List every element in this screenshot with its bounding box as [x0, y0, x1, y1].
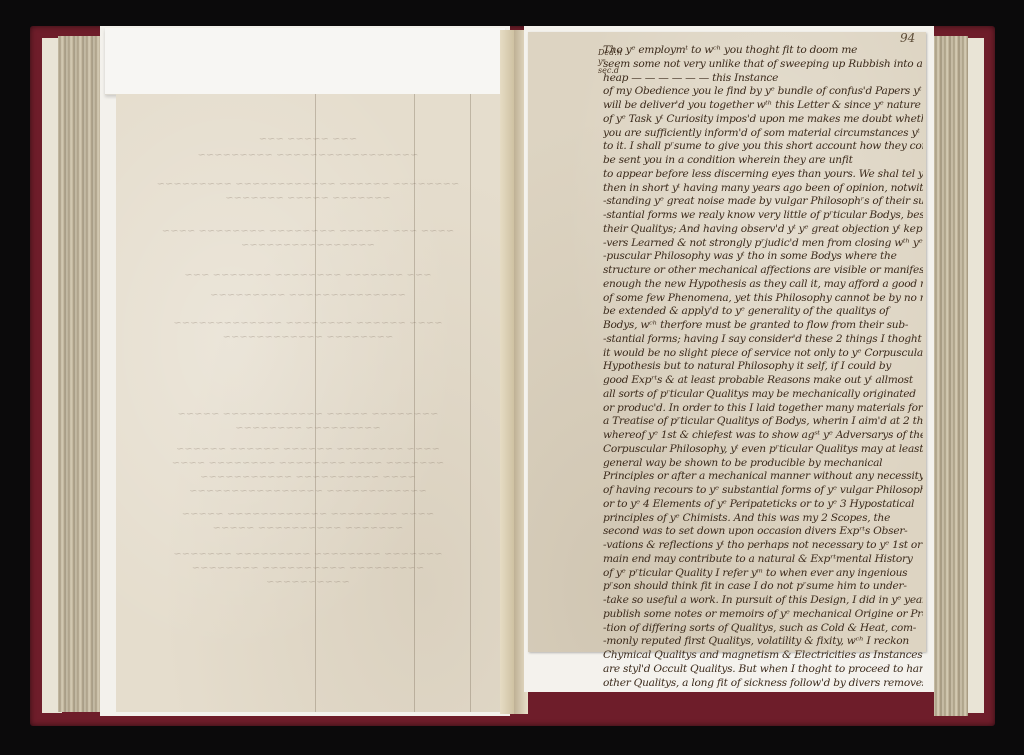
manuscript-line: to it. I shall pʳsume to give you this s…	[603, 140, 923, 154]
left-guard-flap	[105, 28, 505, 95]
manuscript-line: Chymical Qualitys and magnetism & Electr…	[603, 649, 923, 663]
manuscript-line: whereof yᵉ 1st & chiefest was to show ag…	[603, 429, 923, 443]
manuscript-line: second was to set down upon occasion div…	[603, 525, 923, 539]
manuscript-line: -monly reputed first Qualitys, volatilit…	[603, 635, 923, 649]
manuscript-line: main end may contribute to a natural & E…	[603, 553, 923, 567]
manuscript-line: of having recours to yᵉ substantial form…	[603, 484, 923, 498]
show-through-text: ~~~~~~~ ~~~~~~~~ ~~~~~~~~~ ~~~~~~~	[116, 549, 500, 560]
manuscript-line: then in short yᵗ having many years ago b…	[603, 182, 923, 196]
handwritten-text-block: Tho yᵉ employmᵗ to wᶜʰ you thoght fit to…	[603, 44, 923, 690]
manuscript-line: -stantial forms we realy know very littl…	[603, 209, 923, 223]
show-through-text: ~~~~~~~ ~~~~ ~~~~~~~~ ~~~~~~~~ ~~~~	[116, 458, 500, 469]
show-through-text: ~~~~~~~~~~~~ ~~~~~~~~~~~~~~~~	[116, 486, 500, 497]
paper-fold-line	[315, 94, 316, 712]
show-through-text: ~~~~~~~ ~~~~~~~~~~ ~~~~~	[116, 523, 500, 534]
manuscript-line: -vers Learned & not strongly pʳjudic'd m…	[603, 237, 923, 251]
manuscript-line: are styl'd Occult Qualitys. But when I t…	[603, 663, 923, 677]
manuscript-line: be sent you in a condition wherein they …	[603, 154, 923, 168]
show-through-text: ~~~~~~~~~~~~~~~~~ ~~~~~~~~~	[116, 150, 500, 161]
manuscript-line: enough the new Hypothesis as they call i…	[603, 278, 923, 292]
manuscript-line: Hypothesis but to natural Philosophy it …	[603, 360, 923, 374]
show-through-text: ~~~ ~~~~~ ~~~	[116, 134, 500, 145]
show-through-text: ~~~~~~~~~ ~~~~~~~~~~ ~~~~~~~~	[116, 563, 500, 574]
show-through-text: ~~~~ ~~~~~~~~ ~~~~~~~~~~~~ ~~~~~	[116, 509, 500, 520]
manuscript-line: Bodys, wᶜʰ therfore must be granted to f…	[603, 319, 923, 333]
manuscript-line: Principles or after a mechanical manner …	[603, 470, 923, 484]
show-through-text: ~~~~~~~~~ ~~~~~~~~	[116, 423, 500, 434]
manuscript-line: -tion of differing sorts of Qualitys, su…	[603, 622, 923, 636]
manuscript-line: of some few Phenomena, yet this Philosop…	[603, 292, 923, 306]
manuscript-line: all sorts of pʳticular Qualitys may be m…	[603, 388, 923, 402]
show-through-text: ~~~~~~~~~~~~~~ ~~~~~~~~~	[116, 290, 500, 301]
manuscript-line: -puscular Philosophy was yᵗ tho in some …	[603, 250, 923, 264]
right-pastedown	[968, 38, 984, 713]
manuscript-line: of my Obedience you le find by yᵉ bundle…	[603, 85, 923, 99]
manuscript-line: of yᵉ Task yᵗ Curiosity impos'd upon me …	[603, 113, 923, 127]
manuscript-line: -take so useful a work. In pursuit of th…	[603, 594, 923, 608]
manuscript-line: other Qualitys, a long fit of sickness f…	[603, 677, 923, 691]
show-through-text: ~~~~ ~~~~~~~~ ~~~~~~ ~~~~~~ ~~~~~~	[116, 444, 500, 455]
manuscript-line: good Expʳᵗs & at least probable Reasons …	[603, 374, 923, 388]
manuscript-line: be extended & apply'd to yᵉ generality o…	[603, 305, 923, 319]
manuscript-line: -stantial forms; having I say consider'd…	[603, 333, 923, 347]
manuscript-line: of yᵉ pʳticular Quality I refer yᵐ to wh…	[603, 567, 923, 581]
show-through-text: ~~~~ ~~~ ~~~~~~ ~~~~~~~~ ~~~~~~~~ ~~~~	[116, 226, 500, 237]
manuscript-line: Corpuscular Philosophy, yᵗ even pʳticula…	[603, 443, 923, 457]
manuscript-line: will be deliver'd you together wᵗʰ this …	[603, 99, 923, 113]
paper-fold-line	[414, 94, 415, 712]
show-through-text: ~~~~~~~~ ~~~~~ ~~~~~~~~~~~~ ~~~~~	[116, 409, 500, 420]
folio-number: 94	[900, 31, 915, 45]
left-page-stack-edge	[58, 36, 104, 712]
right-page-stack-edge	[934, 36, 968, 716]
manuscript-line: a Treatise of pʳticular Qualitys of Body…	[603, 415, 923, 429]
show-through-text: ~~~~~~~ ~~~~~ ~~~~~~~	[116, 193, 500, 204]
show-through-text: ~~~~~~~~ ~~~~~~ ~~~~~~~~~~~~ ~~~~~~~~~	[116, 179, 500, 190]
show-through-text: ~~~~~~~~~~~~~~~~	[116, 240, 500, 251]
manuscript-line: pʳson should think fit in case I do not …	[603, 580, 923, 594]
manuscript-line: you are sufficiently inform'd of som mat…	[603, 127, 923, 141]
show-through-text: ~~~ ~~~~~~~ ~~~~~~~~ ~~~~~~~ ~~~	[116, 270, 500, 281]
show-through-text: ~~~~~~~~ ~~~~~~~~~~~~	[116, 332, 500, 343]
show-through-text: ~~~~ ~~~~~~ ~~~~~~~~ ~~~~~~~~~~~~~	[116, 318, 500, 329]
manuscript-line: principles of yᵉ Chimists. And this was …	[603, 512, 923, 526]
manuscript-line: publish some notes or memoirs of yᵉ mech…	[603, 608, 923, 622]
show-through-text: ~~~~ ~~~~~~~~~~ ~~~~~~~~~~~	[116, 472, 500, 483]
paper-fold-line	[470, 94, 471, 712]
show-through-text: ~~~~~~~~~~	[116, 577, 500, 588]
manuscript-line: it would be no slight piece of service n…	[603, 347, 923, 361]
manuscript-line: -standing yᵉ great noise made by vulgar …	[603, 195, 923, 209]
manuscript-line: or produc'd. In order to this I laid tog…	[603, 402, 923, 416]
manuscript-line: or to yᵉ 4 Elements of yᵉ Peripateticks …	[603, 498, 923, 512]
left-manuscript-leaf: ~~~ ~~~~~ ~~~ ~~~~~~~~~~~~~~~~~ ~~~~~~~~…	[116, 94, 500, 712]
manuscript-line: structure or other mechanical affections…	[603, 264, 923, 278]
manuscript-line: -vations & reflections yᵗ tho perhaps no…	[603, 539, 923, 553]
manuscript-line: general way be shown to be producible by…	[603, 457, 923, 471]
manuscript-line: heap — — — — — — this Instance	[603, 72, 923, 86]
manuscript-line: to appear before less discerning eyes th…	[603, 168, 923, 182]
manuscript-line: seem some not very unlike that of sweepi…	[603, 58, 923, 72]
manuscript-line: their Qualitys; And having observ'd yᵗ y…	[603, 223, 923, 237]
gutter-left	[500, 30, 514, 714]
manuscript-line: Tho yᵉ employmᵗ to wᶜʰ you thoght fit to…	[603, 44, 923, 58]
